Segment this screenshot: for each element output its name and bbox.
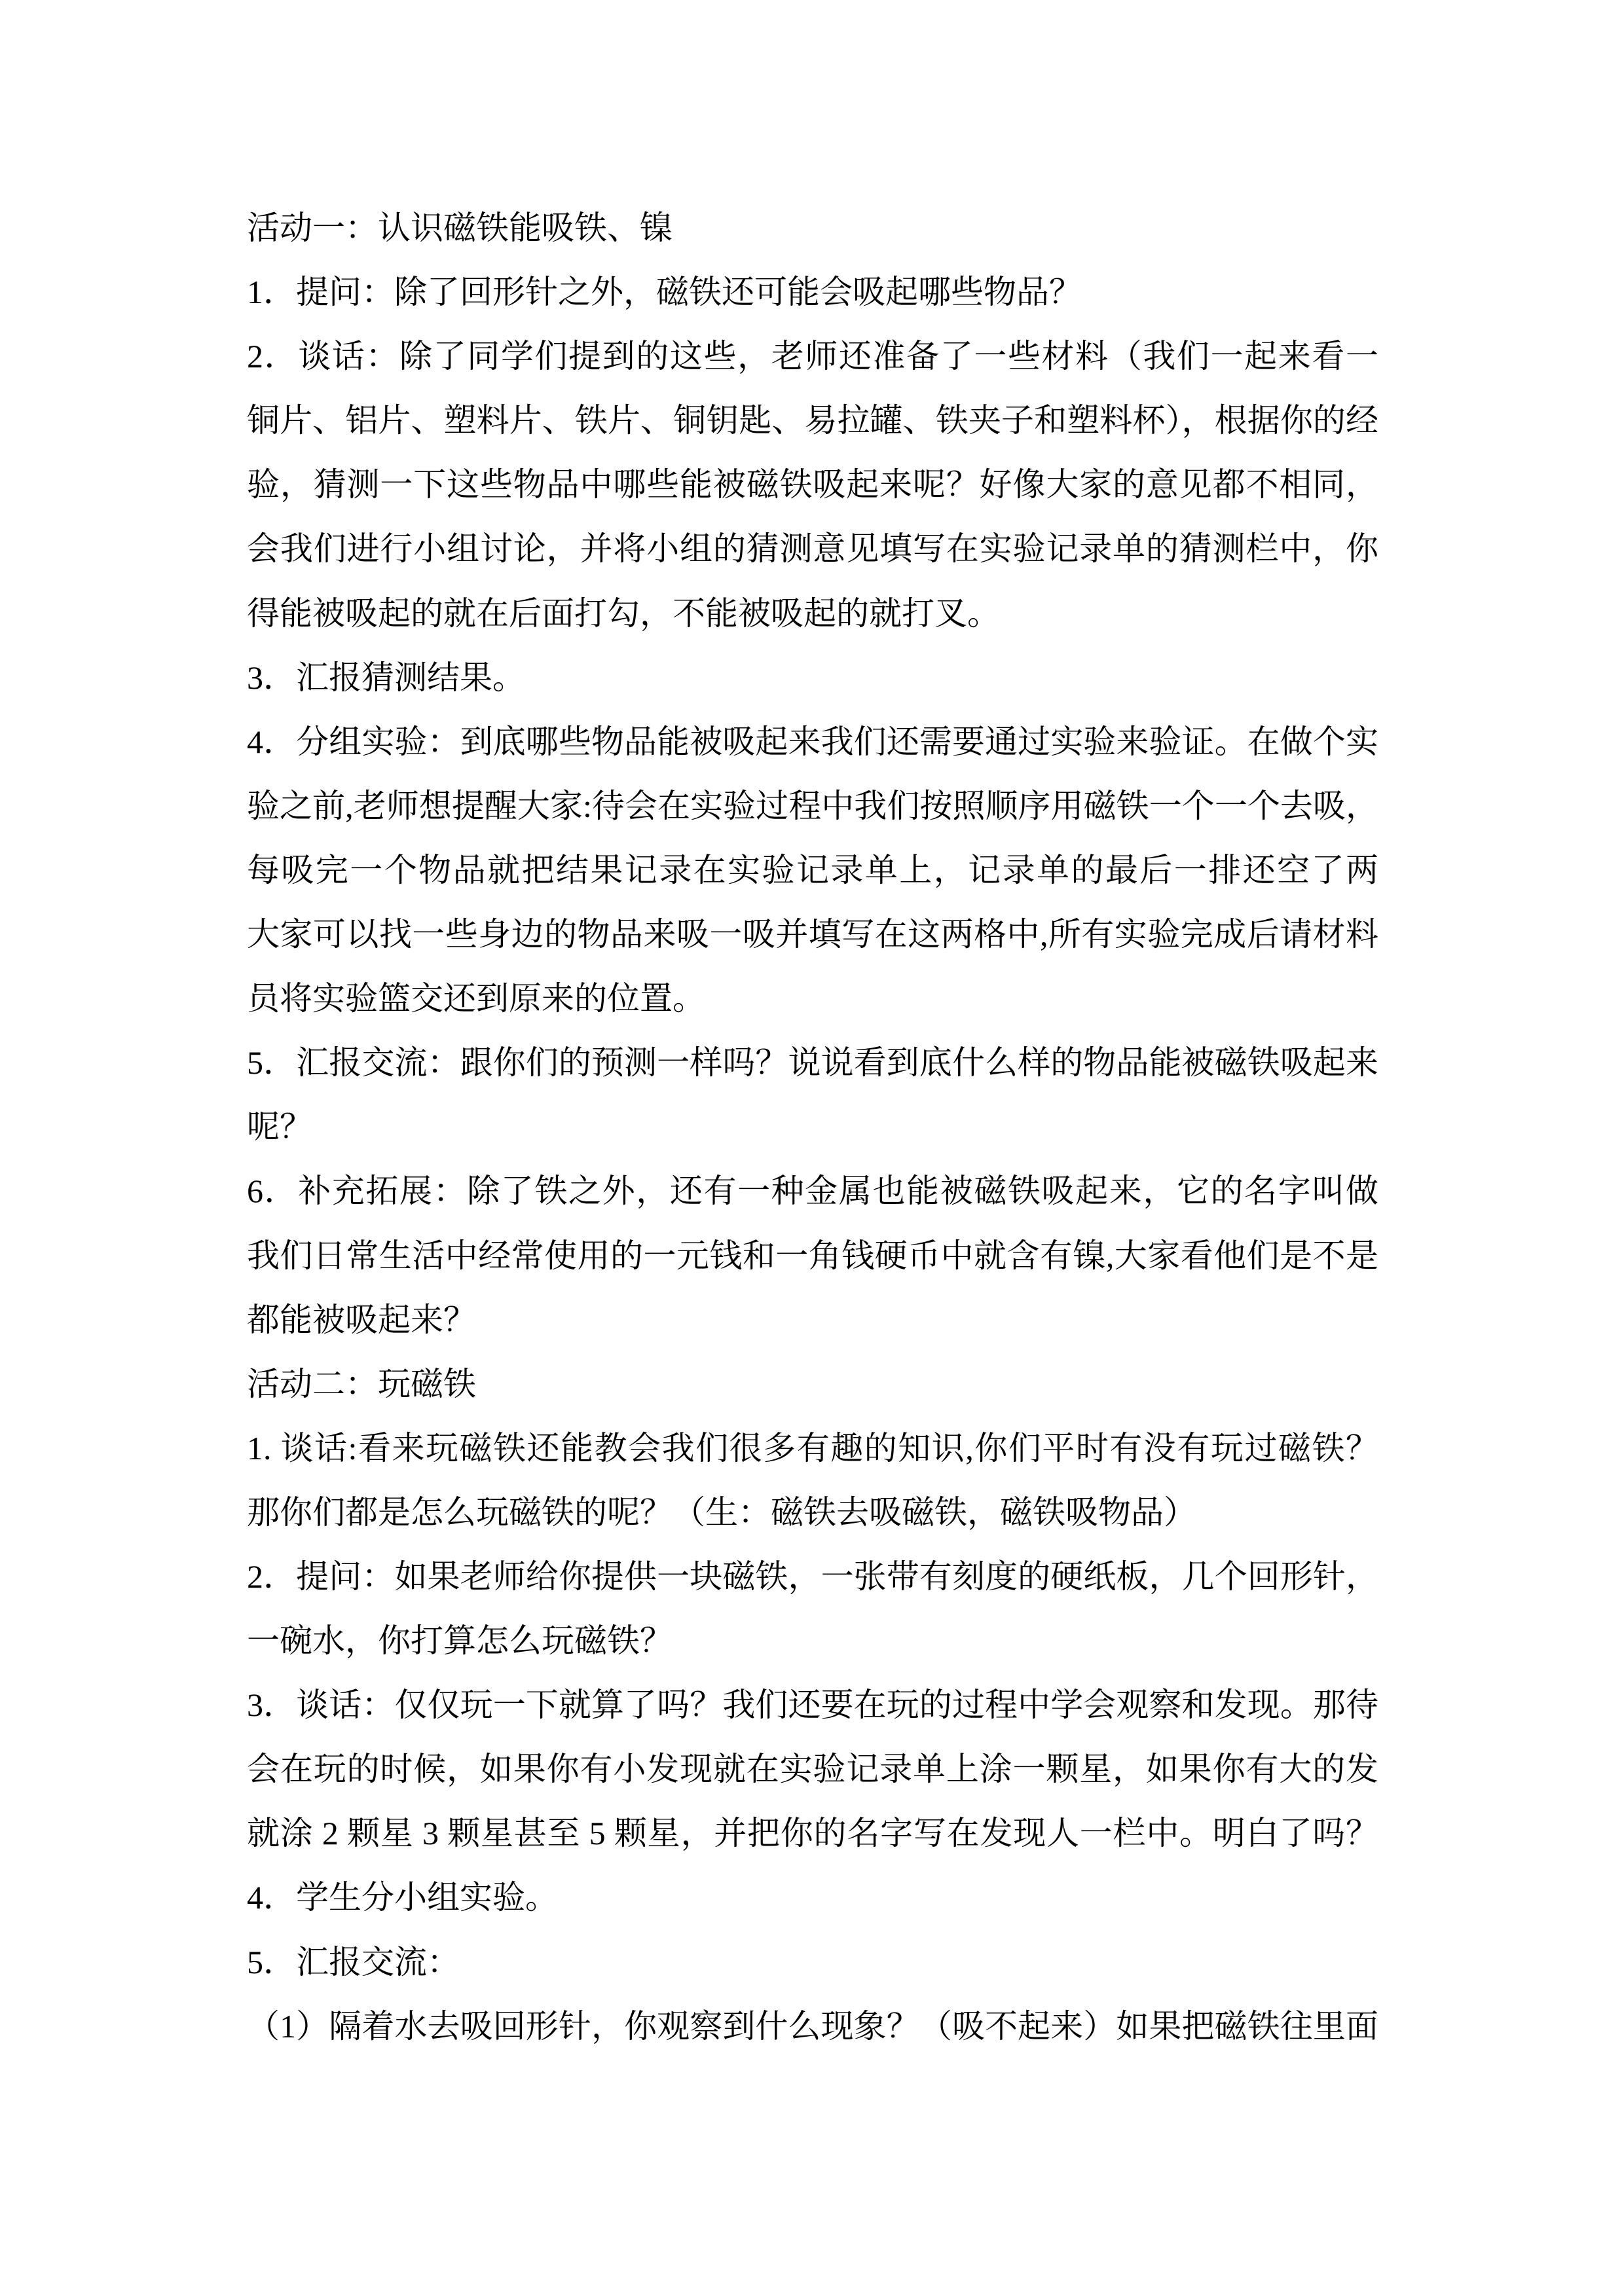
text-line-08: 3．汇报猜测结果。 [247,646,1378,710]
text-line-24: 3．谈话：仅仅玩一下就算了吗？我们还要在玩的过程中学会观察和发现。那待 [247,1673,1378,1737]
text-line-17: 我们日常生活中经常使用的一元钱和一角钱硬币中就含有镍,大家看他们是不是 [247,1224,1378,1288]
text-line-26: 就涂 2 颗星 3 颗星甚至 5 颗星，并把你的名字写在发现人一栏中。明白了吗？ [247,1801,1378,1865]
text-block: 活动一：认识磁铁能吸铁、镍 1．提问：除了回形针之外，磁铁还可能会吸起哪些物品？… [247,196,1378,2058]
text-line-11: 每吸完一个物品就把结果记录在实验记录单上，记录单的最后一排还空了两格， [247,838,1378,902]
activity-2-heading: 活动二：玩磁铁 [247,1352,1378,1416]
activity-1-heading: 活动一：认识磁铁能吸铁、镍 [247,196,1378,260]
text-line-10: 验之前,老师想提醒大家:待会在实验过程中我们按照顺序用磁铁一个一个去吸， [247,774,1378,838]
text-line-02: 1．提问：除了回形针之外，磁铁还可能会吸起哪些物品？ [247,260,1378,324]
text-line-20: 1. 谈话:看来玩磁铁还能教会我们很多有趣的知识,你们平时有没有玩过磁铁？ [247,1416,1378,1480]
text-line-21: 那你们都是怎么玩磁铁的呢？（生：磁铁去吸磁铁，磁铁吸物品） [247,1480,1378,1544]
text-line-03: 2．谈话：除了同学们提到的这些，老师还准备了一些材料（我们一起来看一看： [247,324,1378,388]
text-line-12: 大家可以找一些身边的物品来吸一吸并填写在这两格中,所有实验完成后请材料 [247,902,1378,966]
text-line-18: 都能被吸起来？ [247,1288,1378,1352]
text-line-27: 4．学生分小组实验。 [247,1865,1378,1929]
text-line-14: 5．汇报交流：跟你们的预测一样吗？说说看到底什么样的物品能被磁铁吸起来 [247,1030,1378,1095]
document-page: 活动一：认识磁铁能吸铁、镍 1．提问：除了回形针之外，磁铁还可能会吸起哪些物品？… [0,0,1624,2296]
text-line-04: 铜片、铝片、塑料片、铁片、铜钥匙、易拉罐、铁夹子和塑料杯），根据你的经 [247,388,1378,452]
text-line-25: 会在玩的时候，如果你有小发现就在实验记录单上涂一颗星，如果你有大的发现 [247,1737,1378,1801]
text-line-22: 2．提问：如果老师给你提供一块磁铁，一张带有刻度的硬纸板，几个回形针， [247,1544,1378,1609]
text-line-09: 4．分组实验：到底哪些物品能被吸起来我们还需要通过实验来验证。在做个实 [247,710,1378,774]
text-line-06: 会我们进行小组讨论，并将小组的猜测意见填写在实验记录单的猜测栏中，你觉 [247,517,1378,581]
text-line-13: 员将实验篮交还到原来的位置。 [247,966,1378,1030]
text-line-15: 呢？ [247,1095,1378,1159]
text-line-23: 一碗水，你打算怎么玩磁铁？ [247,1609,1378,1673]
text-line-29: （1）隔着水去吸回形针，你观察到什么现象？（吸不起来）如果把磁铁往里面 [247,1994,1378,2058]
text-line-05: 验，猜测一下这些物品中哪些能被磁铁吸起来呢？好像大家的意见都不相同，待 [247,452,1378,517]
text-line-07: 得能被吸起的就在后面打勾，不能被吸起的就打叉。 [247,581,1378,646]
text-line-16: 6．补充拓展：除了铁之外，还有一种金属也能被磁铁吸起来，它的名字叫做镍。 [247,1159,1378,1223]
text-line-28: 5．汇报交流： [247,1930,1378,1994]
